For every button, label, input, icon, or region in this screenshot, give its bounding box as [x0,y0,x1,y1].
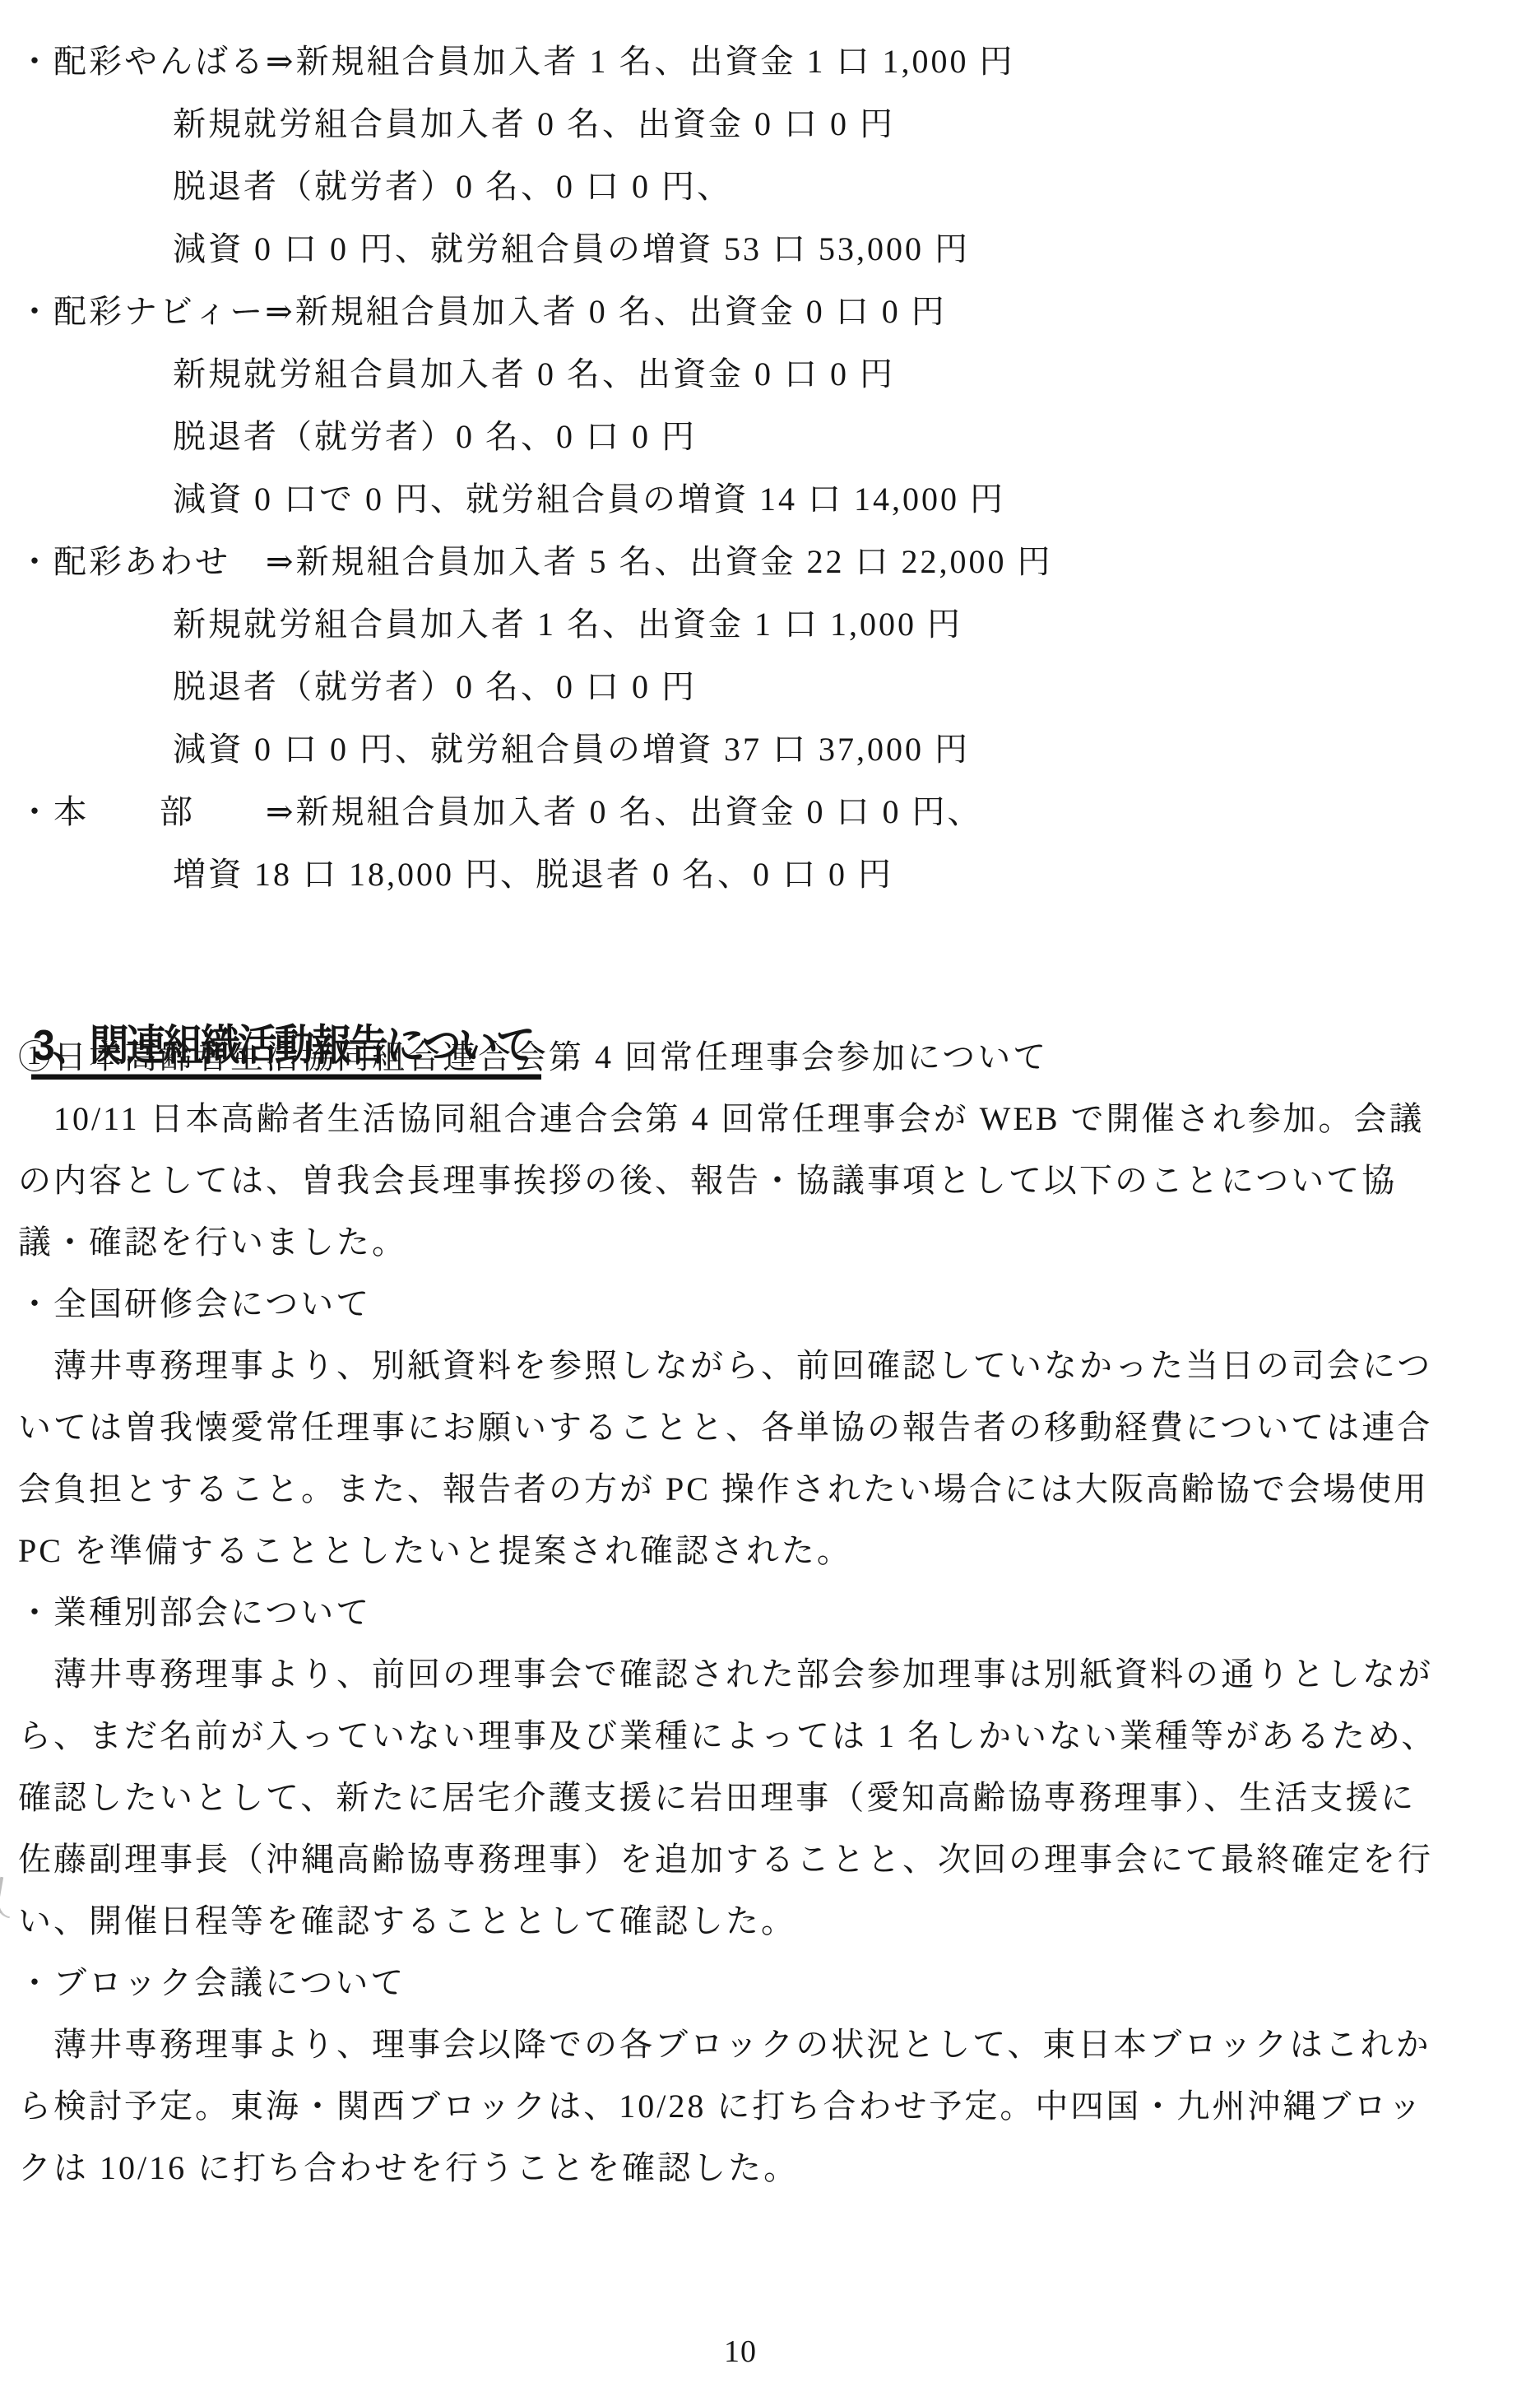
report-line: 減資 0 口で 0 円、就労組合員の増資 14 口 14,000 円 [18,468,1522,531]
text-line: の内容としては、曽我会長理事挨拶の後、報告・協議事項として以下のことについて協 [18,1150,1522,1211]
text-line: 10/11 日本高齢者生活協同組合連合会第 4 回常任理事会が WEB で開催さ… [18,1088,1522,1150]
text-line: 確認したいとして、新たに居宅介護支援に岩田理事（愛知高齢協専務理事）、生活支援に [18,1767,1522,1828]
text-line: 薄井専務理事より、理事会以降での各ブロックの状況として、東日本ブロックはこれか [18,2014,1522,2075]
section3-heading: 3、関連組織活動報告について [31,1022,541,1080]
report-line: 新規就労組合員加入者 0 名、出資金 0 口 0 円 [18,343,1522,406]
text-line: ・ブロック会議について [18,1952,1522,2014]
text-line: PC を準備することとしたいと提案され確認された。 [18,1520,1522,1582]
report-line: ・配彩やんばる⇒新規組合員加入者 1 名、出資金 1 口 1,000 円 [18,30,1522,93]
report-line: 脱退者（就労者）0 名、0 口 0 円 [18,656,1522,718]
text-line: 会負担とすること。また、報告者の方が PC 操作されたい場合には大阪高齢協で会場… [18,1458,1522,1520]
document-page: { "report": { "lines": [ "・配彩やんばる⇒新規組合員加… [0,0,1540,2406]
text-line: いては曽我懐愛常任理事にお願いすることと、各単協の報告者の移動経費については連合 [18,1396,1522,1458]
text-line: 佐藤副理事長（沖縄高齢協専務理事）を追加することと、次回の理事会にて最終確定を行 [18,1828,1522,1890]
report-line: 脱退者（就労者）0 名、0 口 0 円、 [18,156,1522,218]
page-number: 10 [0,2334,1481,2370]
report-line: 新規就労組合員加入者 0 名、出資金 0 口 0 円 [18,93,1522,156]
scan-artifact [0,1877,16,1919]
report-line: 増資 18 口 18,000 円、脱退者 0 名、0 口 0 円 [18,843,1522,906]
section3-body: ①日本高齢者生活協同組合連合会第 4 回常任理事会参加について 10/11 日本… [18,1026,1522,2199]
report-line: 脱退者（就労者）0 名、0 口 0 円 [18,406,1522,468]
report-line: ・本 部 ⇒新規組合員加入者 0 名、出資金 0 口 0 円、 [18,781,1522,843]
report-line: 新規就労組合員加入者 1 名、出資金 1 口 1,000 円 [18,593,1522,656]
report-line: ・配彩あわせ ⇒新規組合員加入者 5 名、出資金 22 口 22,000 円 [18,531,1522,593]
text-line: 議・確認を行いました。 [18,1211,1522,1273]
text-line: ら、まだ名前が入っていない理事及び業種によっては 1 名しかいない業種等があるた… [18,1705,1522,1767]
report-line: ・配彩ナビィー⇒新規組合員加入者 0 名、出資金 0 口 0 円 [18,281,1522,343]
text-line: ら検討予定。東海・関西ブロックは、10/28 に打ち合わせ予定。中四国・九州沖縄… [18,2075,1522,2137]
text-line: 薄井専務理事より、別紙資料を参照しながら、前回確認していなかった当日の司会につ [18,1335,1522,1396]
report-line: 減資 0 口 0 円、就労組合員の増資 37 口 37,000 円 [18,718,1522,781]
text-line: ・業種別部会について [18,1582,1522,1643]
report-line: 減資 0 口 0 円、就労組合員の増資 53 口 53,000 円 [18,218,1522,281]
text-line: い、開催日程等を確認することとして確認した。 [18,1890,1522,1952]
membership-report-block: ・配彩やんばる⇒新規組合員加入者 1 名、出資金 1 口 1,000 円 新規就… [18,30,1522,906]
section3-heading-row: 3、関連組織活動報告について [18,964,1522,1026]
text-line: クは 10/16 に打ち合わせを行うことを確認した。 [18,2137,1522,2199]
text-line: ・全国研修会について [18,1273,1522,1335]
text-line: 薄井専務理事より、前回の理事会で確認された部会参加理事は別紙資料の通りとしなが [18,1643,1522,1705]
page-content: ・配彩やんばる⇒新規組合員加入者 1 名、出資金 1 口 1,000 円 新規就… [18,30,1522,2199]
